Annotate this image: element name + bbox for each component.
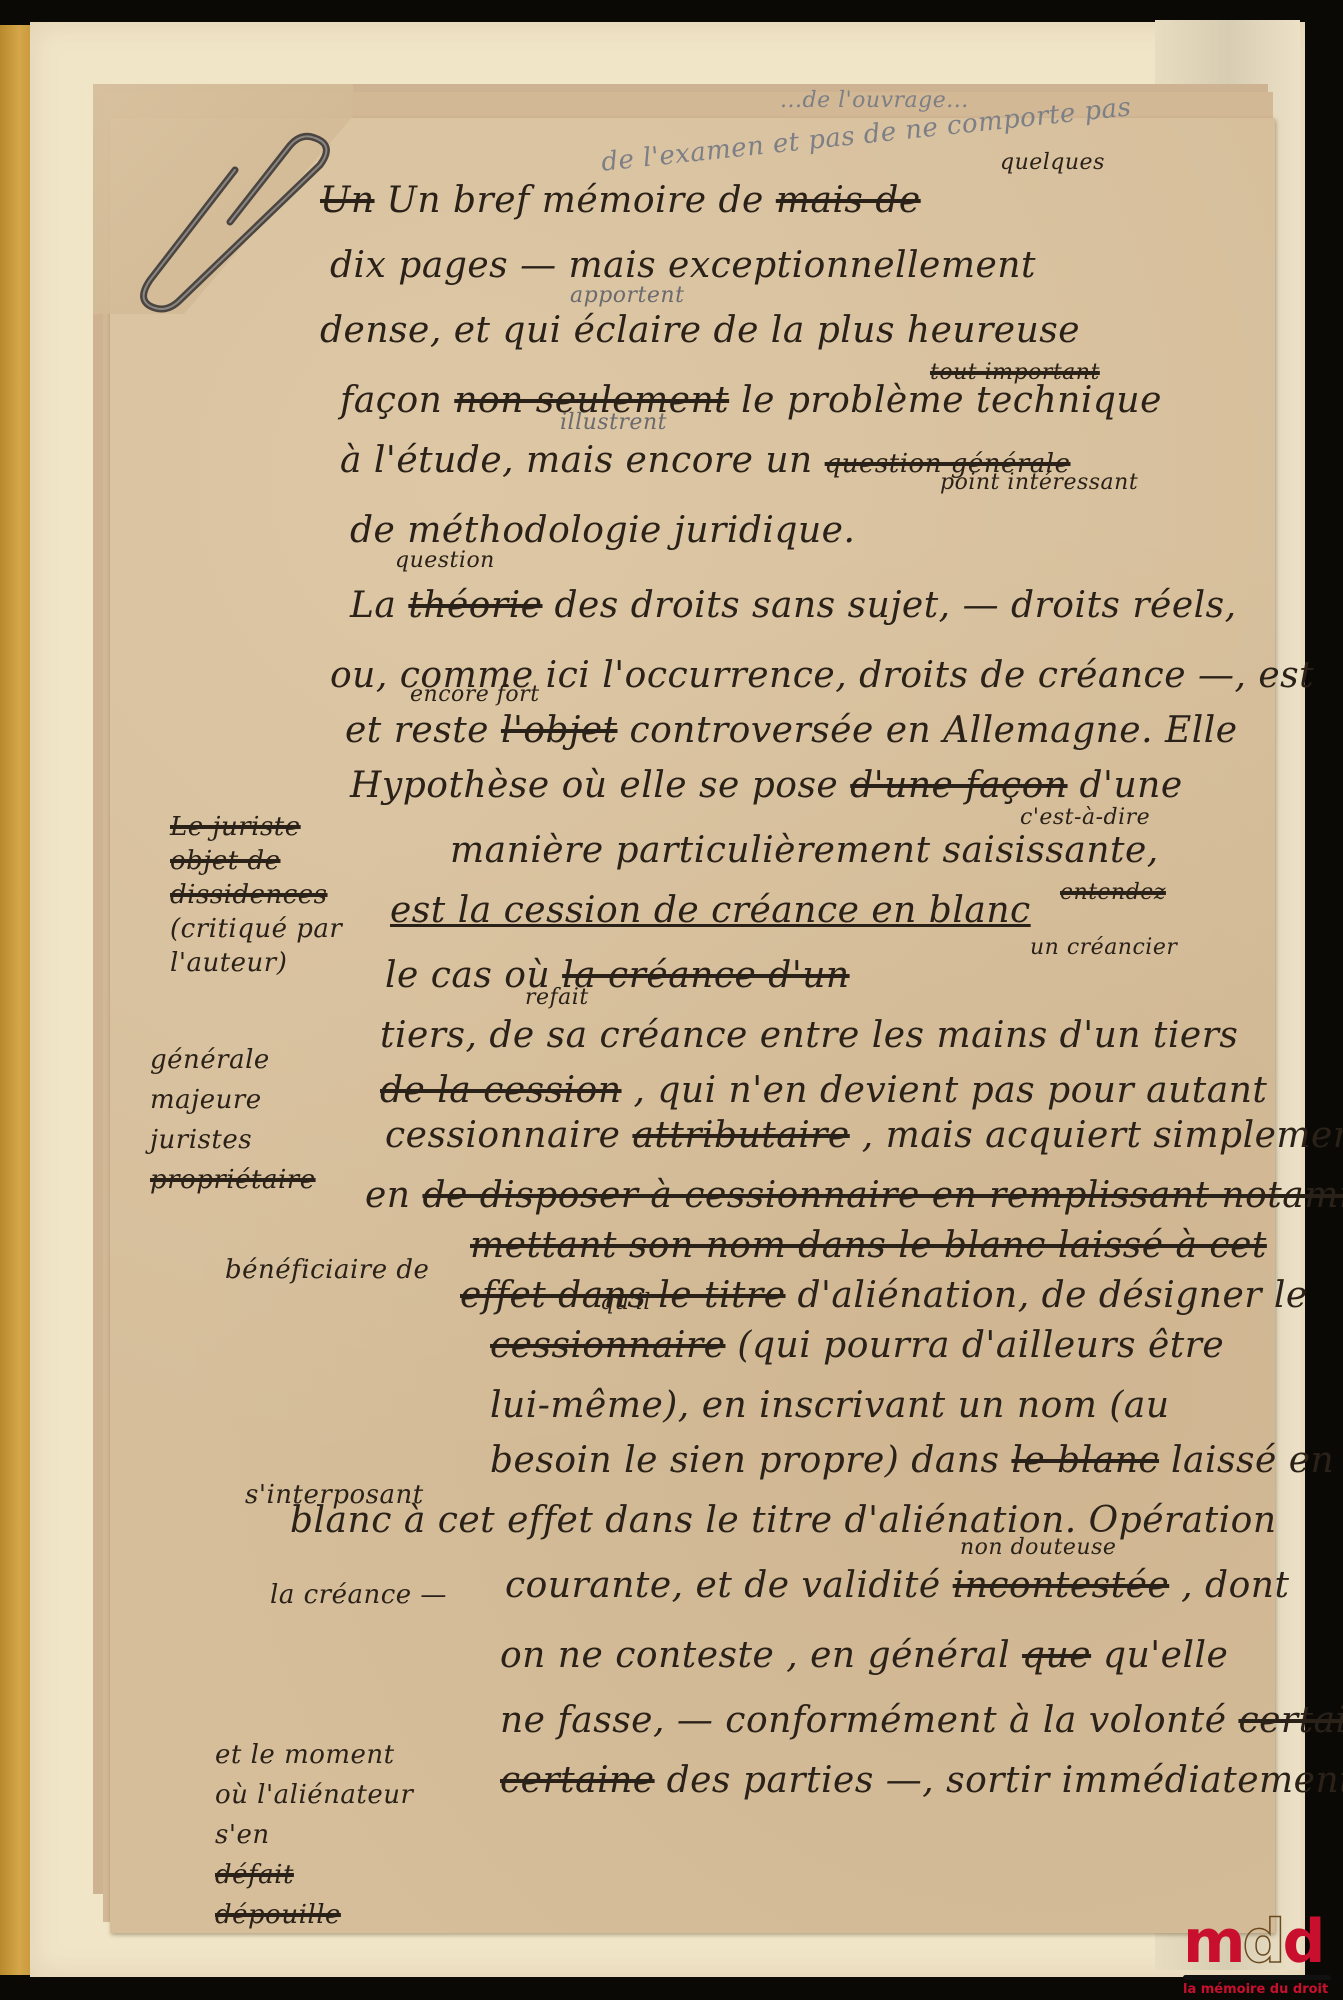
margin-note-6: et le moment où l'aliénateur s'en défait…: [215, 1735, 425, 1935]
line-12: est la cession de créance en blanc: [390, 890, 1031, 931]
interline-3: apportent: [570, 283, 684, 308]
line-9: et reste l'objet controversée en Allemag…: [345, 710, 1238, 751]
line-20: cessionnaire (qui pourra d'ailleurs être: [490, 1325, 1224, 1366]
margin-note-2: générale majeure juristes propriétaire: [150, 1040, 320, 1200]
line-26: ne fasse, — conformément à la volonté ce…: [500, 1700, 1343, 1741]
line-1: Un Un bref mémoire de mais de: [320, 180, 921, 221]
interline-11: c'est-à-dire: [1020, 805, 1150, 830]
interline-9: encore fort: [410, 682, 540, 707]
interline-5b: point intéressant: [940, 470, 1138, 495]
line-11: manière particulièrement saisissante,: [450, 830, 1159, 871]
interline-20: qu'il: [600, 1290, 651, 1315]
mdd-logo: mdd la mémoire du droit: [1183, 1912, 1343, 2000]
logo-bar: [1183, 1975, 1331, 1980]
margin-note-1: Le juriste objet de dissidences (critiqu…: [170, 810, 370, 980]
interline-13: un créancier: [1030, 935, 1177, 960]
line-25: on ne conteste , en général que qu'elle: [500, 1635, 1228, 1676]
interline-14: refait: [525, 985, 589, 1010]
line-19: effet dans le titre d'aliénation, de dés…: [460, 1275, 1308, 1316]
interline-7: question: [395, 548, 495, 573]
folder-edge: [0, 25, 32, 1975]
struck-interline-4: tout important: [930, 360, 1100, 385]
line-10: Hypothèse où elle se pose d'une façon d'…: [350, 765, 1183, 806]
line-4: façon non seulement le problème techniqu…: [340, 380, 1162, 421]
line-24: courante, et de validité incontestée , d…: [505, 1565, 1289, 1606]
line-7: La théorie des droits sans sujet, — droi…: [350, 585, 1237, 626]
line-27: certaine des parties —, sortir immédiate…: [500, 1760, 1343, 1801]
pencil-top-note: ...de l'ouvrage...: [780, 88, 969, 113]
line-16: cessionnaire attributaire , mais acquier…: [385, 1115, 1343, 1156]
interline-1: quelques: [1000, 150, 1105, 175]
struck-12: entendez: [1060, 880, 1166, 905]
margin-note-3: bénéficiaire de: [225, 1255, 429, 1285]
paperclip-icon: [110, 130, 330, 330]
line-13: le cas où la créance d'un: [385, 955, 850, 996]
line-17: en de disposer à cessionnaire en remplis…: [365, 1175, 1343, 1216]
margin-note-5: la créance —: [270, 1580, 447, 1610]
line-18: mettant son nom dans le blanc laissé à c…: [470, 1225, 1267, 1266]
line-21: lui-même), en inscrivant un nom (au: [490, 1385, 1170, 1426]
margin-note-4: s'interposant: [245, 1480, 424, 1510]
line-15: de la cession , qui n'en devient pas pou…: [380, 1070, 1267, 1111]
line-23: blanc à cet effet dans le titre d'aliéna…: [290, 1500, 1277, 1541]
line-2: dix pages — mais exceptionnellement: [330, 245, 1036, 286]
logo-tagline: la mémoire du droit: [1183, 1982, 1328, 1997]
struck-word: Un: [320, 180, 375, 221]
line-6: de méthodologie juridique.: [350, 510, 855, 551]
interline-24: non douteuse: [960, 1535, 1116, 1560]
logo-mark: mdd: [1183, 1912, 1322, 1972]
interline-5: illustrent: [560, 410, 667, 435]
line-3: dense, et qui éclaire de la plus heureus…: [320, 310, 1080, 351]
line-22: besoin le sien propre) dans le blanc lai…: [490, 1440, 1334, 1481]
line-14: tiers, de sa créance entre les mains d'u…: [380, 1015, 1238, 1056]
